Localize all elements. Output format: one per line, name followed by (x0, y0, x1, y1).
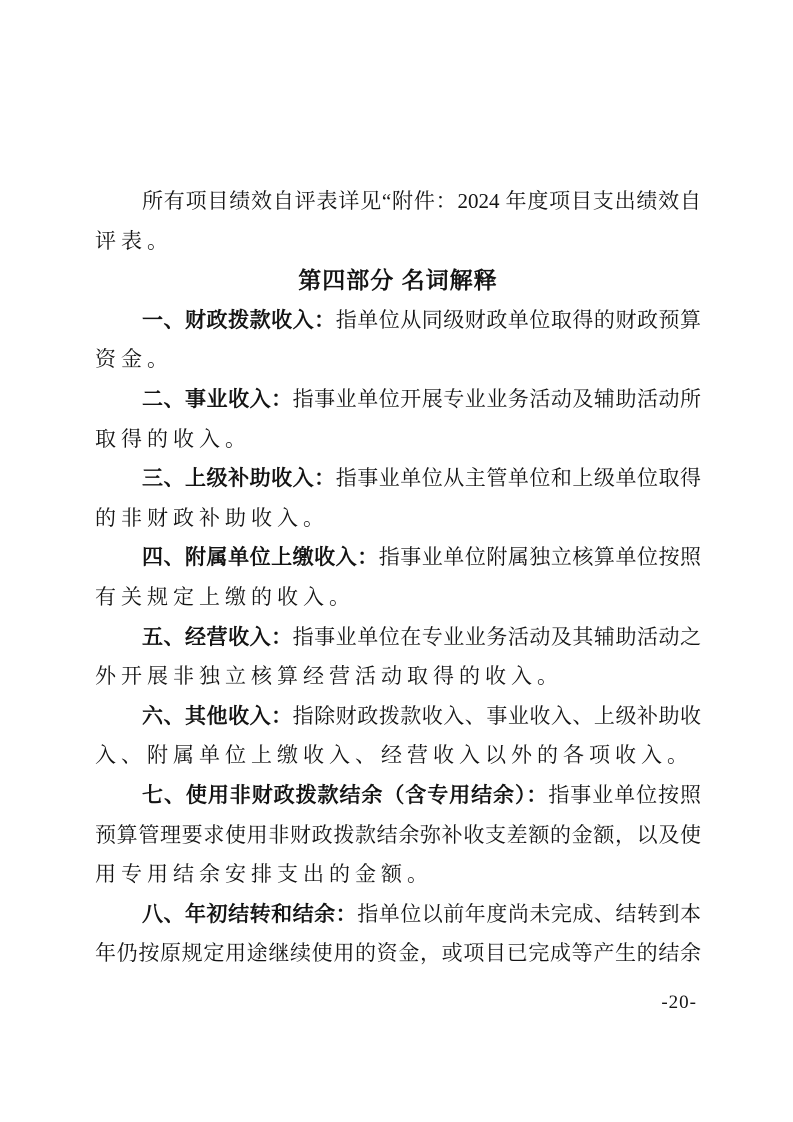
term-6-definition: 指除财政拨款收入、事业收入、上级补助收 (293, 704, 701, 728)
term-1-definition: 资金。 (95, 347, 173, 371)
document-page: 所有项目绩效自评表详见“附件：2024 年度项目支出绩效自 评表。 第四部分 名… (0, 0, 793, 1122)
term-7-line-3: 用专用结余安排支出的金额。 (95, 855, 701, 895)
term-7-line-1: 七、使用非财政拨款结余（含专用结余）：指事业单位按照 (95, 776, 701, 816)
term-6-line-2: 入、附属单位上缴收入、经营收入以外的各项收入。 (95, 736, 701, 776)
term-6-lead: 六、其他收入： (142, 704, 293, 728)
term-6-line-1: 六、其他收入：指除财政拨款收入、事业收入、上级补助收 (95, 697, 701, 737)
term-3-definition: 的非财政补助收入。 (95, 506, 329, 530)
term-8-line-1: 八、年初结转和结余：指单位以前年度尚未完成、结转到本 (95, 895, 701, 935)
section-heading-text: 第四部分 名词解释 (298, 267, 497, 293)
term-4-definition: 指事业单位附属独立核算单位按照 (379, 545, 701, 569)
term-6-definition: 入、附属单位上缴收入、经营收入以外的各项收入。 (95, 743, 693, 767)
term-2-lead: 二、事业收入： (142, 387, 293, 411)
intro-text: 所有项目绩效自评表详见“附件：2024 年度项目支出绩效自 (142, 189, 701, 213)
term-1-line-2: 资金。 (95, 340, 701, 380)
term-5-lead: 五、经营收入： (142, 625, 293, 649)
intro-line-2: 评表。 (95, 222, 701, 262)
term-5-definition: 指事业单位在专业业务活动及其辅助活动之 (293, 625, 701, 649)
term-7-definition: 预算管理要求使用非财政拨款结余弥补收支差额的金额，以及使 (95, 823, 701, 847)
term-4-line-2: 有关规定上缴的收入。 (95, 578, 701, 618)
term-1-definition: 指单位从同级财政单位取得的财政预算 (336, 308, 701, 332)
term-3-lead: 三、上级补助收入： (142, 466, 336, 490)
term-8-line-2: 年仍按原规定用途继续使用的资金，或项目已完成等产生的结余 (95, 934, 701, 974)
term-7-line-2: 预算管理要求使用非财政拨款结余弥补收支差额的金额，以及使 (95, 816, 701, 856)
term-8-lead: 八、年初结转和结余： (142, 902, 357, 926)
term-3-line-2: 的非财政补助收入。 (95, 499, 701, 539)
term-4-line-1: 四、附属单位上缴收入：指事业单位附属独立核算单位按照 (95, 538, 701, 578)
term-7-lead: 七、使用非财政拨款结余（含专用结余）： (142, 783, 548, 807)
page-number: -20- (661, 992, 697, 1014)
page-content: 所有项目绩效自评表详见“附件：2024 年度项目支出绩效自 评表。 第四部分 名… (95, 182, 701, 974)
term-5-line-2: 外开展非独立核算经营活动取得的收入。 (95, 657, 701, 697)
term-1-lead: 一、财政拨款收入： (142, 308, 336, 332)
term-8-definition: 年仍按原规定用途继续使用的资金，或项目已完成等产生的结余 (95, 941, 701, 965)
term-8-definition: 指单位以前年度尚未完成、结转到本 (357, 902, 701, 926)
term-5-definition: 外开展非独立核算经营活动取得的收入。 (95, 664, 563, 688)
intro-text: 评表。 (95, 229, 173, 253)
term-2-line-2: 取得的收入。 (95, 420, 701, 460)
term-2-line-1: 二、事业收入：指事业单位开展专业业务活动及辅助活动所 (95, 380, 701, 420)
section-heading: 第四部分 名词解释 (95, 261, 701, 301)
term-7-definition: 用专用结余安排支出的金额。 (95, 862, 433, 886)
term-3-line-1: 三、上级补助收入：指事业单位从主管单位和上级单位取得 (95, 459, 701, 499)
term-2-definition: 取得的收入。 (95, 427, 251, 451)
term-4-lead: 四、附属单位上缴收入： (142, 545, 379, 569)
term-2-definition: 指事业单位开展专业业务活动及辅助活动所 (293, 387, 701, 411)
term-4-definition: 有关规定上缴的收入。 (95, 585, 355, 609)
term-7-definition: 指事业单位按照 (548, 783, 701, 807)
term-5-line-1: 五、经营收入：指事业单位在专业业务活动及其辅助活动之 (95, 618, 701, 658)
term-1-line-1: 一、财政拨款收入：指单位从同级财政单位取得的财政预算 (95, 301, 701, 341)
term-3-definition: 指事业单位从主管单位和上级单位取得 (336, 466, 701, 490)
intro-line-1: 所有项目绩效自评表详见“附件：2024 年度项目支出绩效自 (95, 182, 701, 222)
